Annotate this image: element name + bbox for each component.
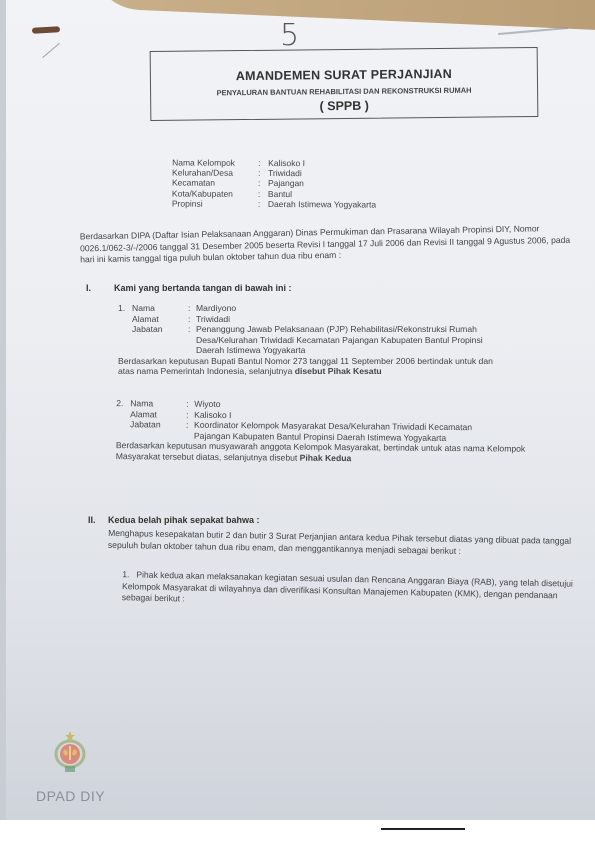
handwritten-page-number: 5 — [280, 18, 299, 53]
party-2: 2.Nama:Wiyoto Alamat:Kalisoko I Jabatan:… — [116, 398, 557, 465]
party-1-name: Mardiyono — [196, 303, 506, 314]
footer-rule — [381, 828, 465, 830]
scanned-page: 5 AMANDEMEN SURAT PERJANJIAN PENYALURAN … — [0, 0, 595, 820]
section-2-body: Menghapus kesepakatan butir 2 dan butir … — [108, 528, 586, 559]
section-1-heading: Kami yang bertanda tangan di bawah ini : — [114, 283, 292, 293]
watermark-text: DPAD DIY — [36, 788, 105, 804]
intro-paragraph: Berdasarkan DIPA (Daftar Isian Pelaksana… — [80, 223, 581, 266]
document-code: ( SPPB ) — [151, 97, 537, 115]
table-background — [89, 0, 595, 32]
section-2-item-1: 1.Pihak kedua akan melaksanakan kegiatan… — [122, 569, 585, 613]
section-2-heading: Kedua belah pihak sepakat bahwa : — [108, 515, 260, 525]
dpad-diy-crest-icon — [52, 730, 88, 776]
pencil-mark — [42, 43, 59, 58]
title-box: AMANDEMEN SURAT PERJANJIAN PENYALURAN BA… — [150, 47, 539, 121]
info-row: Propinsi:Daerah Istimewa Yogyakarta — [172, 198, 376, 209]
party-1: 1.Nama:Mardiyono Alamat:Triwidadi Jabata… — [118, 303, 506, 377]
section-2-number: II. — [88, 515, 96, 525]
handwritten-scribble — [498, 27, 568, 35]
group-info: Nama Kelompok:Kalisoko I Kelurahan/Desa:… — [172, 157, 376, 209]
party-2-designation: Pihak Kedua — [300, 452, 352, 462]
party-1-designation: disebut Pihak Kesatu — [295, 366, 382, 376]
stain-mark — [32, 26, 60, 33]
document-title: AMANDEMEN SURAT PERJANJIAN — [151, 66, 537, 84]
page-edge — [0, 0, 6, 820]
section-1-number: I. — [86, 283, 91, 293]
document-subtitle: PENYALURAN BANTUAN REHABILITASI DAN REKO… — [151, 85, 537, 98]
